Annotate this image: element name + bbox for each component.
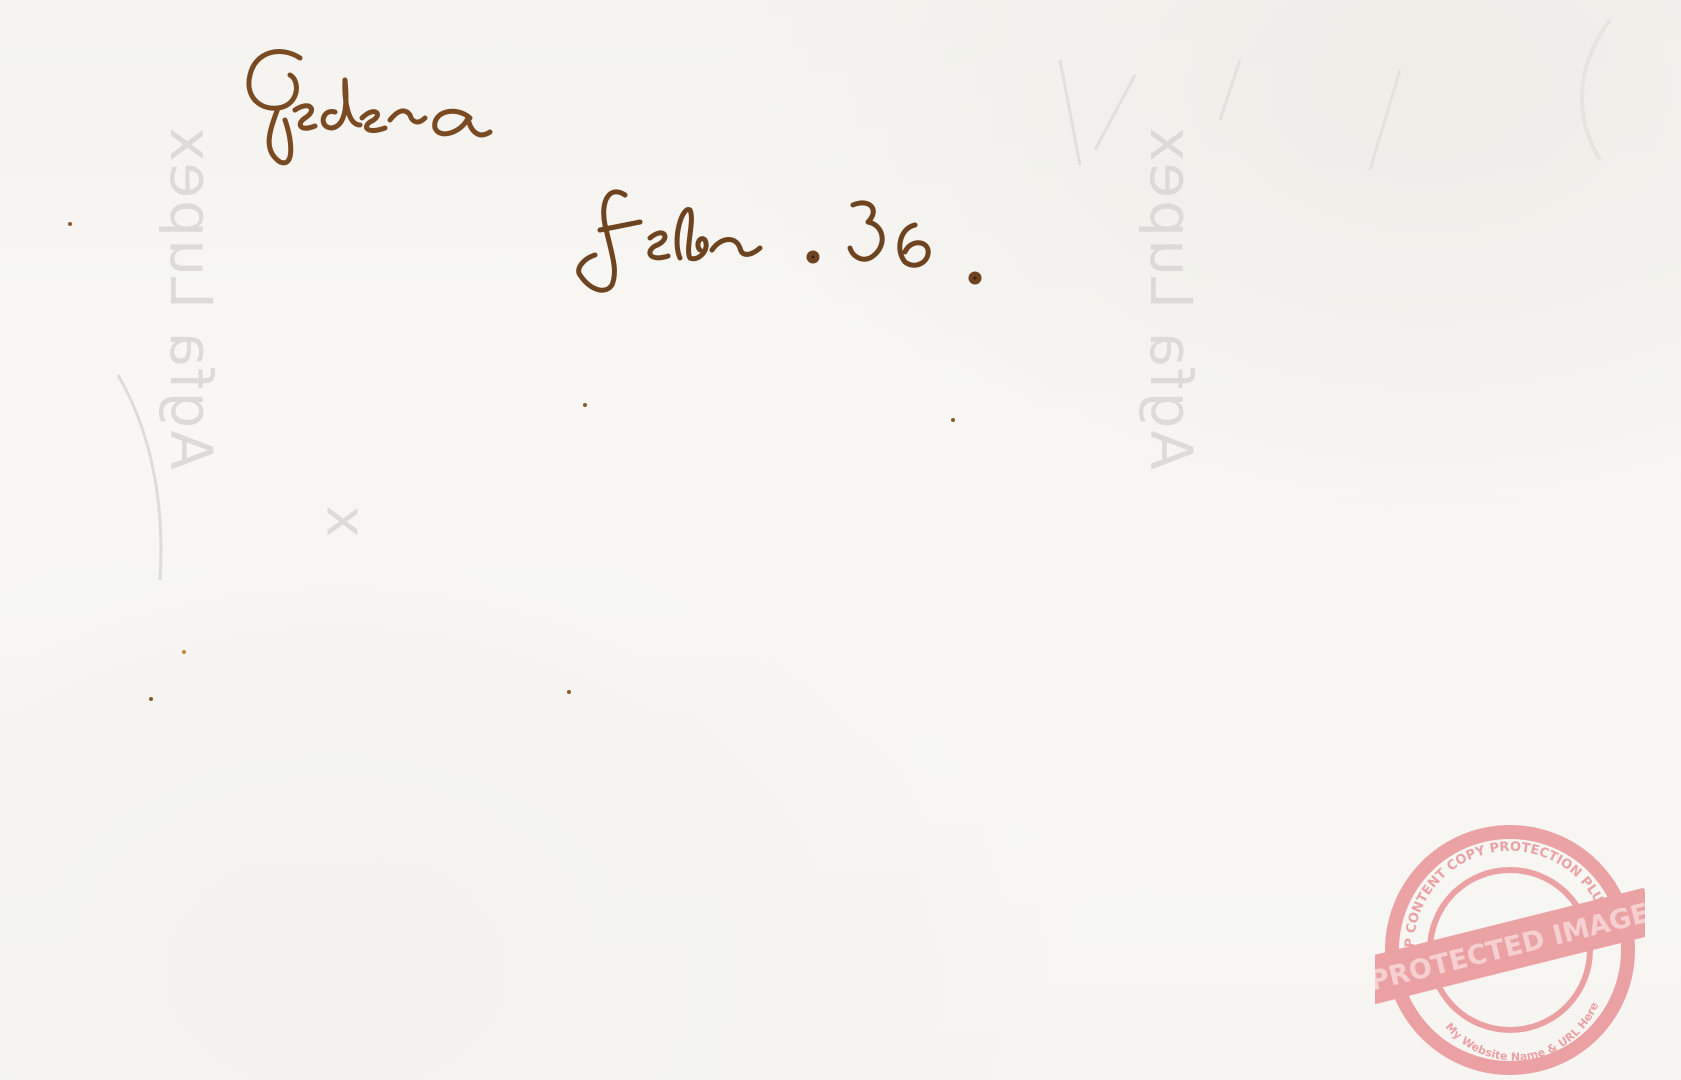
paper-speck (951, 418, 955, 422)
paper-speck (68, 222, 72, 226)
paper-speck (583, 403, 587, 407)
photo-back: Agfa Agfa Lupex Agfa Lupex x (0, 0, 1681, 1080)
paper-speck (567, 690, 571, 694)
paper-speck (182, 650, 186, 654)
protected-image-watermark: WP CONTENT COPY PROTECTION PLUGIN My Web… (1375, 822, 1645, 1077)
paper-speck (149, 697, 153, 701)
